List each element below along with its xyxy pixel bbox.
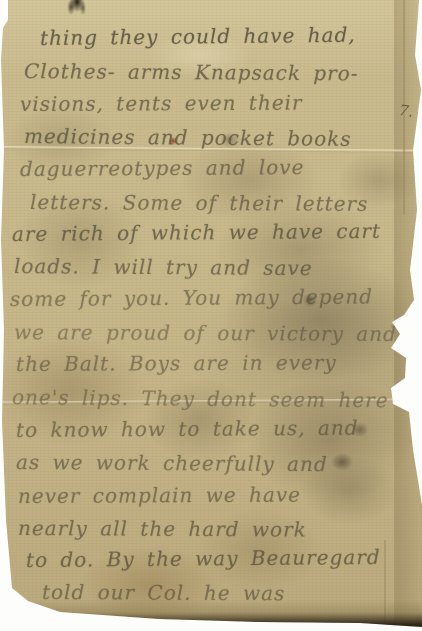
letter-line: Clothes- arms Knapsack pro- — [24, 59, 359, 85]
letter-line: to know how to take us, and — [16, 416, 359, 442]
letter-line: the Balt. Boys are in every — [16, 350, 337, 376]
letter-line: told our Col. he was — [42, 580, 285, 605]
letter-line: medicines and pocket books — [24, 124, 352, 151]
letter-line: one's lips. They dont seem here — [12, 385, 389, 412]
letter-line: letters. Some of their letters — [30, 190, 369, 216]
letter-paper: 7. thing they could have had, Clothes- a… — [0, 0, 422, 631]
letter-line: as we work cheerfully and — [16, 450, 328, 476]
letter-line: never complain we have — [18, 483, 301, 508]
letter-line: to do. By the way Beauregard — [26, 545, 381, 572]
letter-line: some for you. You may depend — [10, 284, 373, 311]
scanned-letter: 7. thing they could have had, Clothes- a… — [0, 0, 422, 631]
letter-text: thing they could have had, Clothes- arms… — [0, 0, 422, 631]
letter-line: loads. I will try and save — [14, 254, 313, 280]
letter-line: are rich of which we have cart — [12, 219, 381, 246]
letter-line: thing they could have had, — [40, 23, 356, 50]
letter-line: daguerreotypes and love — [20, 155, 305, 181]
letter-line: we are proud of our victory and — [14, 320, 397, 346]
letter-line: visions, tents even their — [20, 91, 303, 116]
letter-line: nearly all the hard work — [18, 516, 307, 542]
